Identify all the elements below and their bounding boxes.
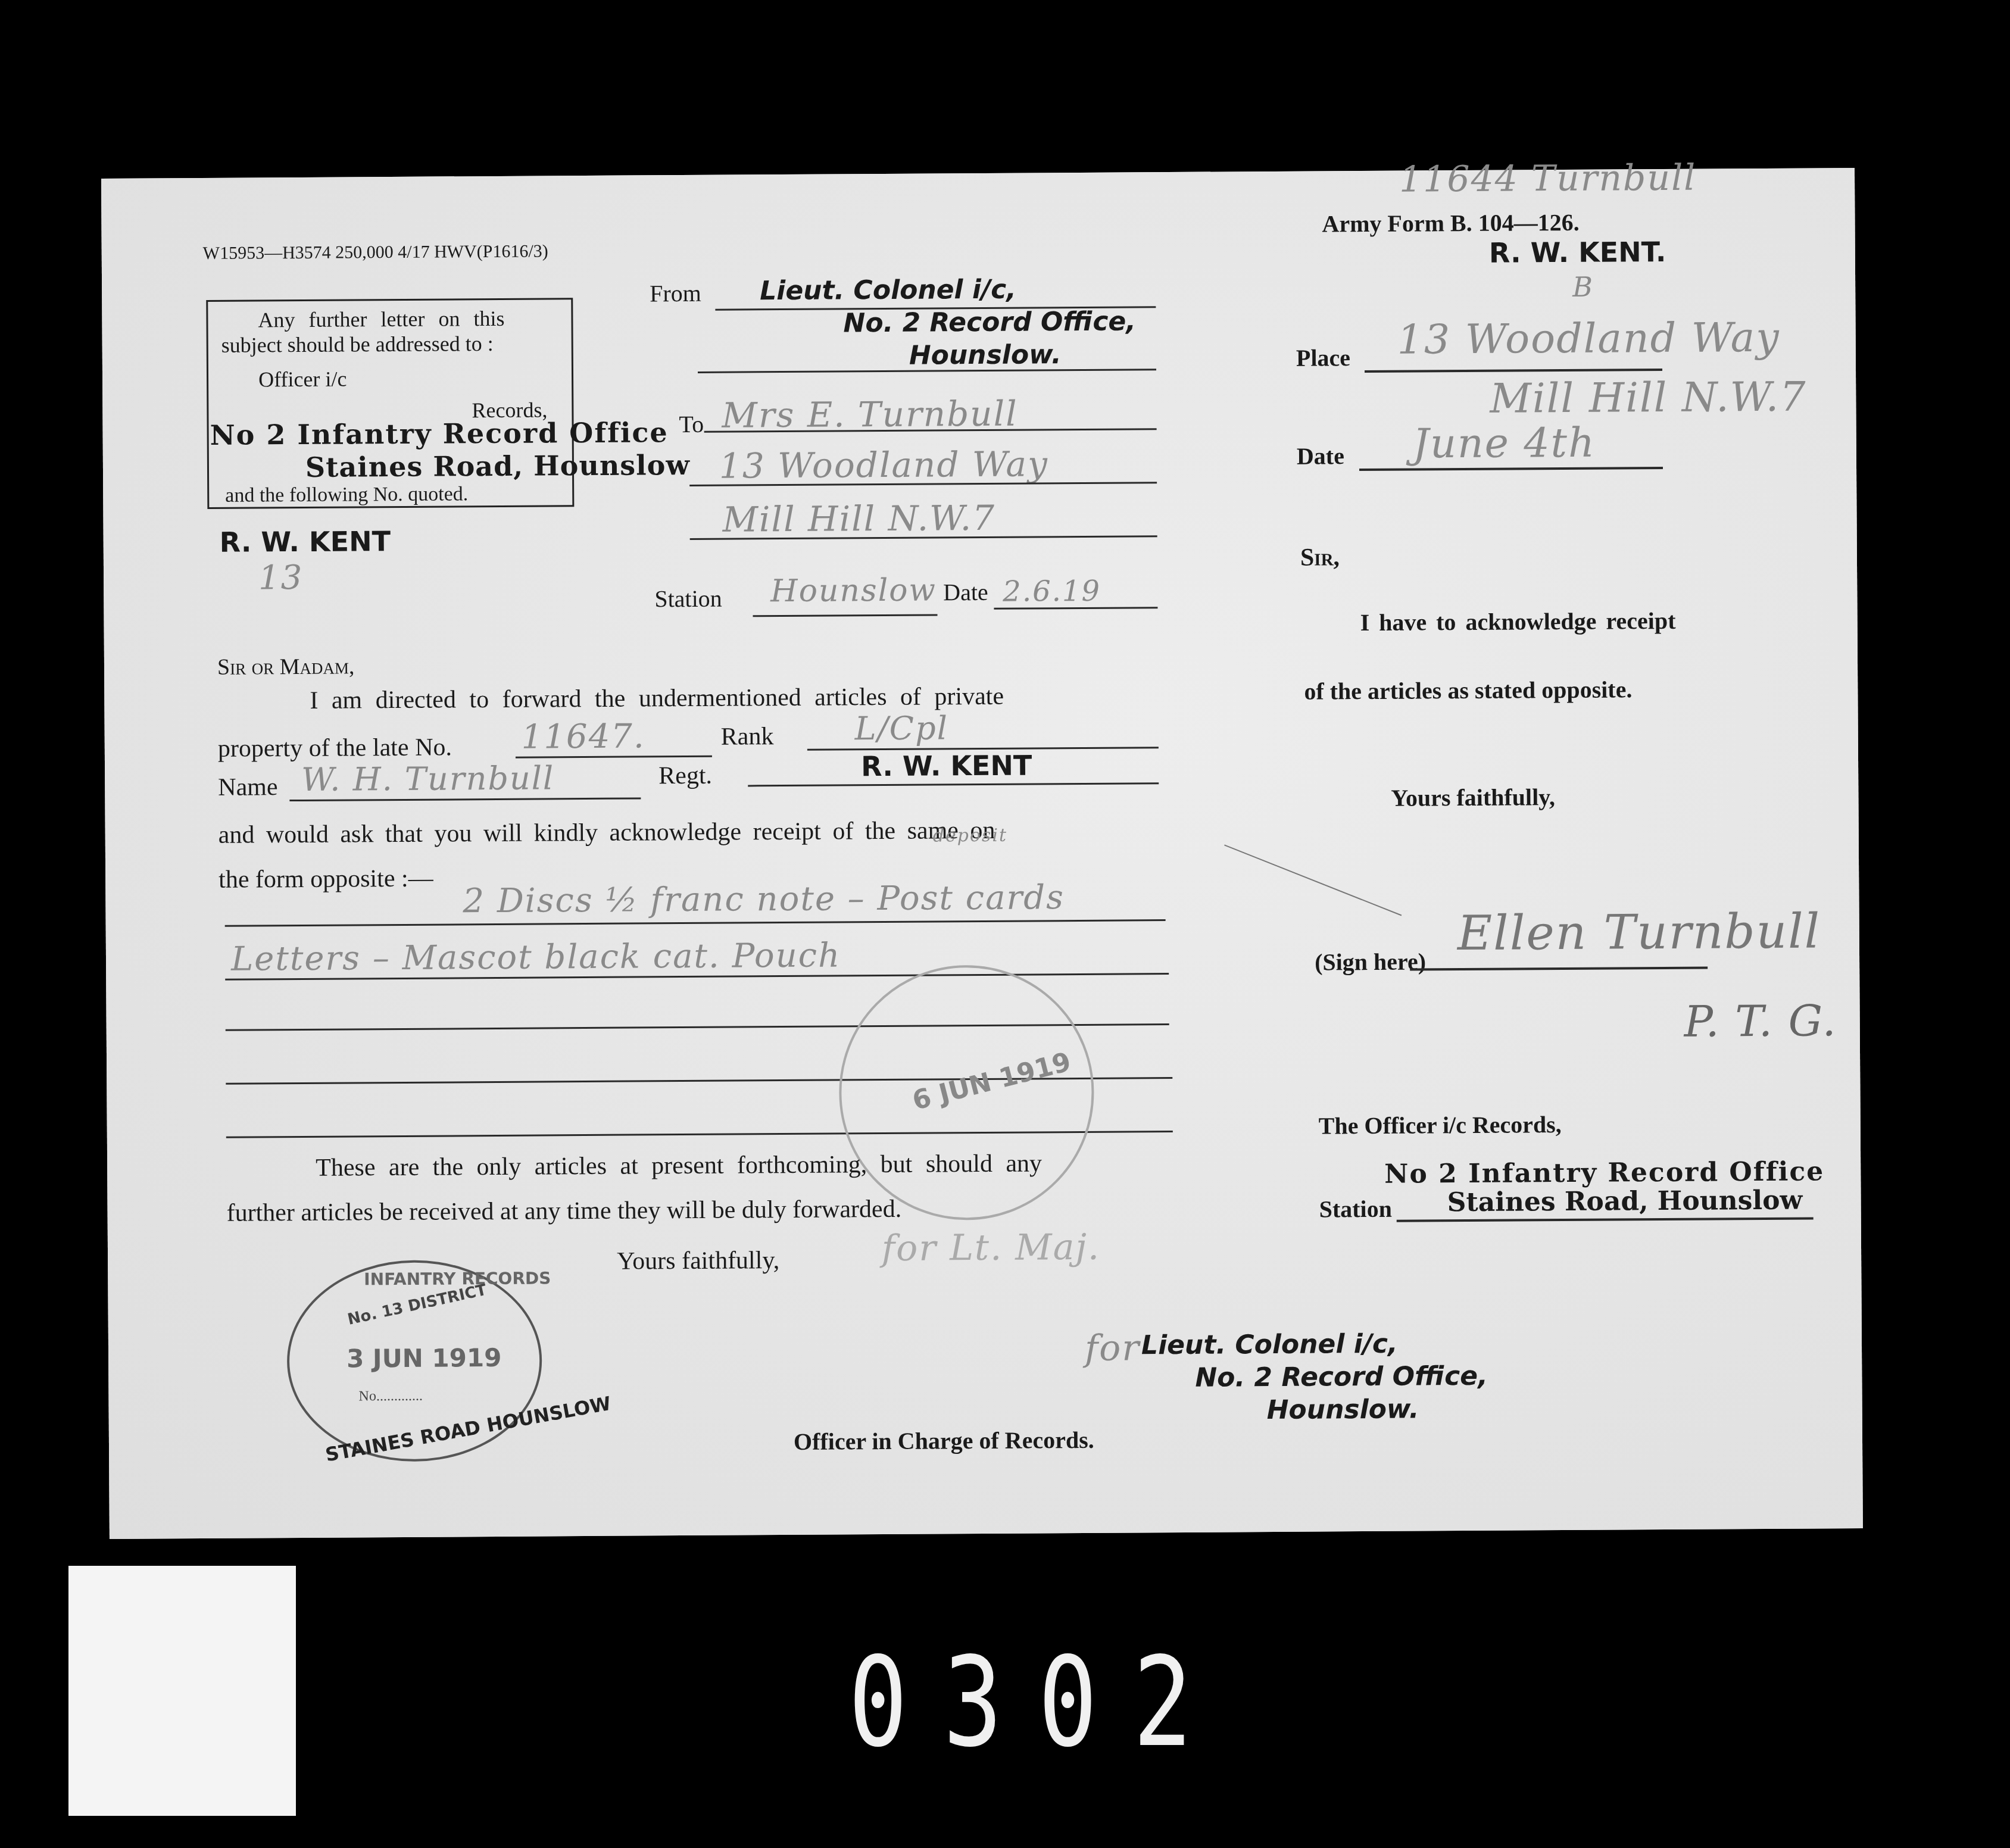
reply-office: No 2 Infantry Record Office xyxy=(1384,1156,1824,1190)
reply-signature: Ellen Turnbull xyxy=(1457,903,1821,961)
from-line-2: No. 2 Record Office, xyxy=(843,306,1136,338)
reply-station-rule xyxy=(1397,1217,1814,1222)
station-rule xyxy=(753,614,938,617)
regiment-stamp-left: R. W. KENT xyxy=(220,525,391,558)
reply-line-1: I have to acknowledge receipt xyxy=(1360,607,1675,636)
frame-counter: 0302 xyxy=(848,1631,1228,1774)
handwritten-top-ref: 11644 Turnbull xyxy=(1399,157,1697,201)
date-label: Date xyxy=(943,578,988,606)
yours-faithfully-left: Yours faithfully, xyxy=(617,1246,779,1276)
notice-line-3: Officer i/c xyxy=(258,366,347,392)
regt-value: R. W. KENT xyxy=(861,749,1032,782)
to-label: To xyxy=(679,410,704,438)
regiment-stamp-top: R. W. KENT. xyxy=(1489,236,1666,269)
notice-address: Staines Road, Hounslow xyxy=(305,449,690,483)
from-line-3: Hounslow. xyxy=(909,339,1062,371)
notice-line-7: and the following No. quoted. xyxy=(225,483,468,507)
to-line-3: Mill Hill N.W.7 xyxy=(722,498,995,540)
regt-rule xyxy=(748,782,1159,786)
reply-date-label: Date xyxy=(1297,442,1344,470)
handwritten-b-mark: B xyxy=(1572,271,1594,303)
body-line-4: and would ask that you will kindly ackno… xyxy=(219,816,995,850)
date-value: 2.6.19 xyxy=(1003,575,1101,608)
reply-date-value: June 4th xyxy=(1413,420,1596,468)
signatory-line-2: No. 2 Record Office, xyxy=(1195,1361,1488,1393)
reply-sign-rule xyxy=(1410,967,1708,971)
signatory-line-1: Lieut. Colonel i/c, xyxy=(1141,1329,1398,1361)
service-number: 11647. xyxy=(522,717,645,756)
from-line-1: Lieut. Colonel i/c, xyxy=(760,274,1016,307)
reply-station-label: Station xyxy=(1319,1195,1392,1223)
notice-line-1: Any further letter on this xyxy=(258,306,504,333)
reply-line-2: of the articles as stated opposite. xyxy=(1304,675,1632,705)
closing-line-1: These are the only articles at present f… xyxy=(316,1149,1042,1182)
records-stamp-no: No............. xyxy=(358,1388,423,1405)
reply-place-line-2: Mill Hill N.W.7 xyxy=(1490,374,1807,423)
station-value: Hounslow xyxy=(770,572,937,609)
reply-yours-faithfully: Yours faithfully, xyxy=(1391,783,1555,812)
notice-line-2: subject should be addressed to : xyxy=(221,331,494,358)
service-no-rule xyxy=(516,756,712,758)
reply-salutation: Sir, xyxy=(1300,543,1340,572)
rank-value: L/Cpl xyxy=(854,709,948,747)
reply-date-rule xyxy=(1359,467,1663,471)
reply-initials: P. T. G. xyxy=(1684,995,1837,1047)
fold-mark xyxy=(1224,844,1402,916)
name-value: W. H. Turnbull xyxy=(301,759,554,798)
handwritten-13: 13 xyxy=(258,558,304,597)
reply-place-line-1: 13 Woodland Way xyxy=(1397,314,1780,364)
articles-rule-1 xyxy=(225,919,1166,927)
station-label: Station xyxy=(654,585,722,613)
name-label: Name xyxy=(218,773,278,802)
reply-station-value: Staines Road, Hounslow xyxy=(1447,1185,1802,1218)
document-sheet: W15953—H3574 250,000 4/17 HWV(P1616/3) A… xyxy=(101,168,1863,1539)
reply-officer: The Officer i/c Records, xyxy=(1319,1110,1562,1140)
rank-label: Rank xyxy=(721,722,774,751)
from-label: From xyxy=(650,279,701,308)
article-line-2: Letters – Mascot black cat. Pouch xyxy=(231,936,841,978)
reply-place-label: Place xyxy=(1296,344,1350,372)
article-line-1: 2 Discs ½ franc note – Post cards xyxy=(463,878,1065,920)
for-mark: for xyxy=(1085,1327,1140,1369)
closing-line-2: further articles be received at any time… xyxy=(226,1195,901,1228)
articles-note: deposit xyxy=(933,825,1007,847)
officer-in-charge: Officer in Charge of Records. xyxy=(794,1426,1094,1456)
film-leader-patch xyxy=(68,1566,296,1816)
reply-place-rule xyxy=(1365,369,1662,373)
regt-label: Regt. xyxy=(658,761,712,791)
records-stamp-top: INFANTRY RECORDS xyxy=(364,1268,551,1289)
faint-signature: for Lt. Maj. xyxy=(882,1226,1100,1269)
notice-office: No 2 Infantry Record Office xyxy=(210,416,668,451)
body-line-5: the form opposite :— xyxy=(219,864,433,894)
to-line-2: 13 Woodland Way xyxy=(719,444,1048,486)
body-line-2: property of the late No. xyxy=(218,733,452,763)
form-code: W15953—H3574 250,000 4/17 HWV(P1616/3) xyxy=(203,241,548,264)
date-rule xyxy=(994,607,1157,610)
army-form-number: Army Form B. 104—126. xyxy=(1322,208,1579,238)
records-stamp-date: 3 JUN 1919 xyxy=(347,1343,502,1373)
signatory-line-3: Hounslow. xyxy=(1267,1394,1419,1426)
salutation: Sir or Madam, xyxy=(217,653,355,680)
reply-sign-label: (Sign here) xyxy=(1315,947,1426,976)
